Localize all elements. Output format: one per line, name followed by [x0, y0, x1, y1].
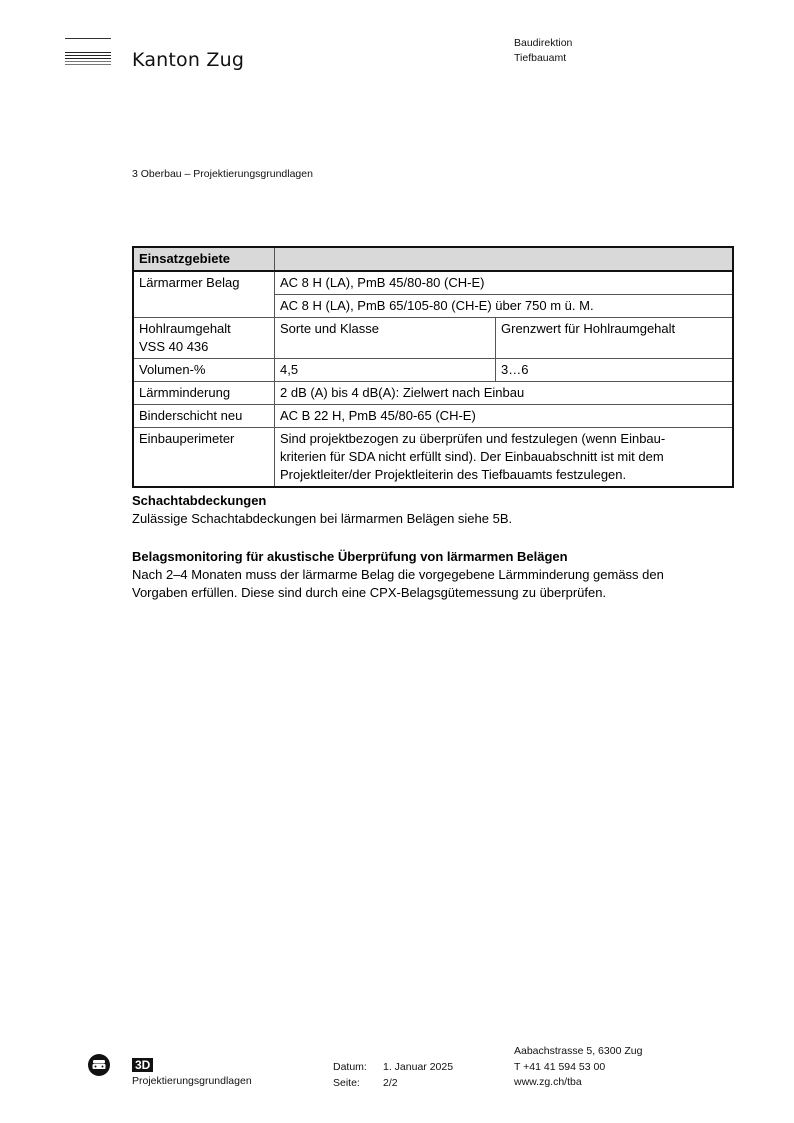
row-label: Binderschicht neu	[133, 405, 275, 428]
table-row: Volumen-% 4,5 3…6	[133, 359, 733, 382]
row-value-line: Sind projektbezogen zu überprüfen und fe…	[280, 430, 727, 448]
row-label: Einbauperimeter	[133, 428, 275, 488]
table-row: Hohlraumgehalt VSS 40 436 Sorte und Klas…	[133, 318, 733, 359]
section-title: Schachtabdeckungen	[132, 492, 742, 510]
row-value: Sind projektbezogen zu überprüfen und fe…	[275, 428, 734, 488]
row-label: Lärmminderung	[133, 382, 275, 405]
phone: T +41 41 594 53 00	[514, 1060, 642, 1076]
car-icon	[88, 1054, 110, 1076]
row-value: 2 dB (A) bis 4 dB(A): Zielwert nach Einb…	[275, 382, 734, 405]
date-value: 1. Januar 2025	[383, 1061, 453, 1073]
row-value: Grenzwert für Hohlraumgehalt	[496, 318, 734, 359]
row-label: Lärmarmer Belag	[133, 271, 275, 318]
section-text: Nach 2–4 Monaten muss der lärmarme Belag…	[132, 566, 742, 584]
website-link[interactable]: www.zg.ch/tba	[514, 1075, 642, 1091]
section-header: 3 Oberbau – Projektierungsgrundlagen	[132, 168, 313, 180]
row-label: Hohlraumgehalt VSS 40 436	[133, 318, 275, 359]
footer-meta: Datum:1. Januar 2025 Seite:2/2	[333, 1060, 453, 1091]
department-line: Baudirektion	[514, 36, 572, 51]
row-value-line: Projektleiter/der Projektleiterin des Ti…	[280, 466, 727, 484]
section-schachtabdeckungen: Schachtabdeckungen Zulässige Schachtabde…	[132, 492, 742, 528]
footer-subtitle: Projektierungsgrundlagen	[132, 1075, 252, 1087]
section-belagsmonitoring: Belagsmonitoring für akustische Überprüf…	[132, 548, 742, 602]
row-label-line: Hohlraumgehalt	[139, 320, 269, 338]
footer-address: Aabachstrasse 5, 6300 Zug T +41 41 594 5…	[514, 1044, 642, 1091]
table-row: Binderschicht neu AC B 22 H, PmB 45/80-6…	[133, 405, 733, 428]
row-value: AC B 22 H, PmB 45/80-65 (CH-E)	[275, 405, 734, 428]
table-row: Lärmarmer Belag AC 8 H (LA), PmB 45/80-8…	[133, 271, 733, 295]
page-value: 2/2	[383, 1077, 398, 1089]
spec-table: Einsatzgebiete Lärmarmer Belag AC 8 H (L…	[132, 246, 734, 488]
section-text: Zulässige Schachtabdeckungen bei lärmarm…	[132, 510, 742, 528]
address: Aabachstrasse 5, 6300 Zug	[514, 1044, 642, 1060]
table-header-row: Einsatzgebiete	[133, 247, 733, 271]
row-value: AC 8 H (LA), PmB 65/105-80 (CH-E) über 7…	[275, 295, 734, 318]
table-header-blank	[275, 247, 734, 271]
table-row: Lärmminderung 2 dB (A) bis 4 dB(A): Ziel…	[133, 382, 733, 405]
section-title: Belagsmonitoring für akustische Überprüf…	[132, 548, 742, 566]
row-label-line: VSS 40 436	[139, 338, 269, 356]
department-line: Tiefbauamt	[514, 51, 572, 66]
table-row: Einbauperimeter Sind projektbezogen zu ü…	[133, 428, 733, 488]
row-label: Volumen-%	[133, 359, 275, 382]
logo-text: Kanton Zug	[132, 49, 244, 71]
section-text: Vorgaben erfüllen. Diese sind durch eine…	[132, 584, 742, 602]
row-value: AC 8 H (LA), PmB 45/80-80 (CH-E)	[275, 271, 734, 295]
row-value-line: kriterien für SDA nicht erfüllt sind). D…	[280, 448, 727, 466]
date-label: Datum:	[333, 1060, 383, 1076]
department: Baudirektion Tiefbauamt	[514, 36, 572, 66]
row-value: 3…6	[496, 359, 734, 382]
row-value: 4,5	[275, 359, 496, 382]
chapter-badge: 3D	[132, 1058, 153, 1072]
row-value: Sorte und Klasse	[275, 318, 496, 359]
page-label: Seite:	[333, 1076, 383, 1092]
table-header: Einsatzgebiete	[133, 247, 275, 271]
